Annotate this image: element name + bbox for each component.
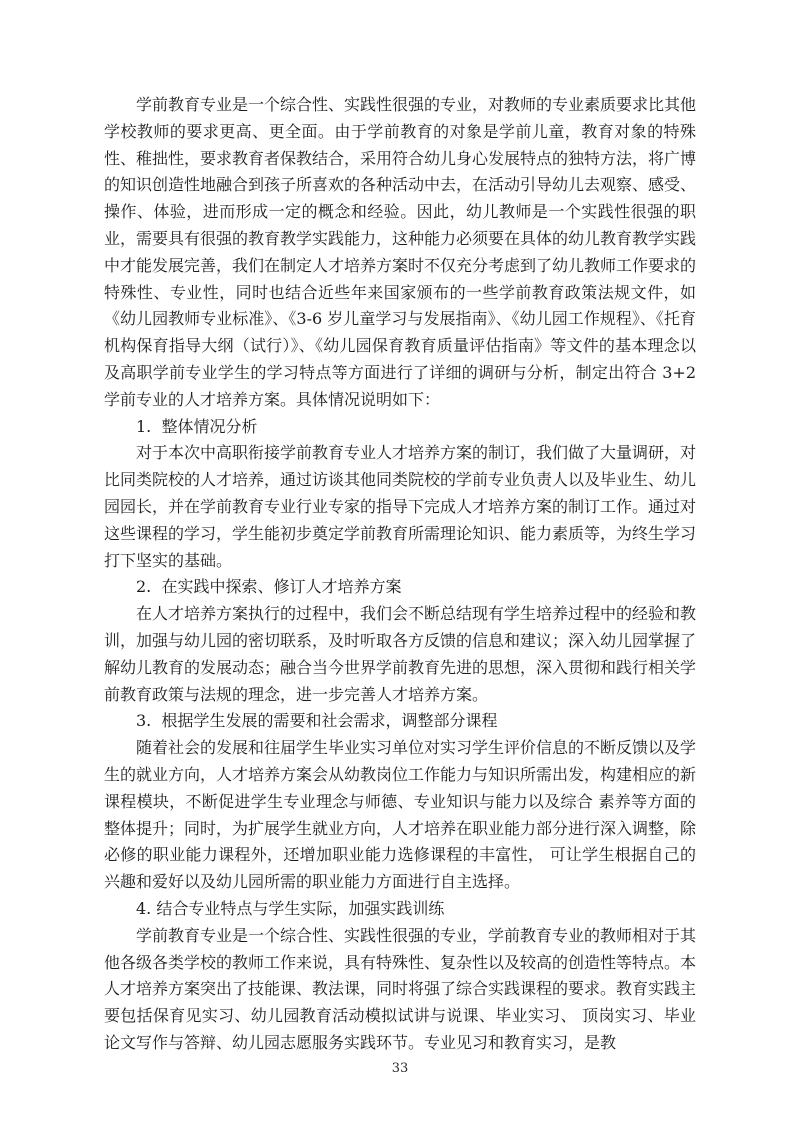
section-1-heading: 1. 整体情况分析 [104, 414, 696, 441]
section-1-paragraph: 对于本次中高职衔接学前教育专业人才培养方案的制订，我们做了大量调研，对比同类院校… [104, 440, 696, 574]
section-3-heading: 3. 根据学生发展的需要和社会需求，调整部分课程 [104, 708, 696, 735]
section-4-paragraph: 学前教育专业是一个综合性、实践性很强的专业，学前教育专业的教师相对于其他各级各类… [104, 923, 696, 1057]
section-4-heading: 4. 结合专业特点与学生实际，加强实践训练 [104, 896, 696, 923]
page-number: 33 [392, 1061, 409, 1076]
document-body: 学前教育专业是一个综合性、实践性很强的专业，对教师的专业素质要求比其他学校教师的… [104, 92, 696, 1057]
intro-paragraph: 学前教育专业是一个综合性、实践性很强的专业，对教师的专业素质要求比其他学校教师的… [104, 92, 696, 414]
section-2-paragraph: 在人才培养方案执行的过程中，我们会不断总结现有学生培养过程中的经验和教训，加强与… [104, 601, 696, 708]
section-3-paragraph: 随着社会的发展和往届学生毕业实习单位对实习学生评价信息的不断反馈以及学生的就业方… [104, 735, 696, 896]
section-2-heading: 2. 在实践中探索、修订人才培养方案 [104, 574, 696, 601]
page-footer: 33 [0, 1061, 800, 1077]
document-page: 学前教育专业是一个综合性、实践性很强的专业，对教师的专业素质要求比其他学校教师的… [0, 0, 800, 1129]
